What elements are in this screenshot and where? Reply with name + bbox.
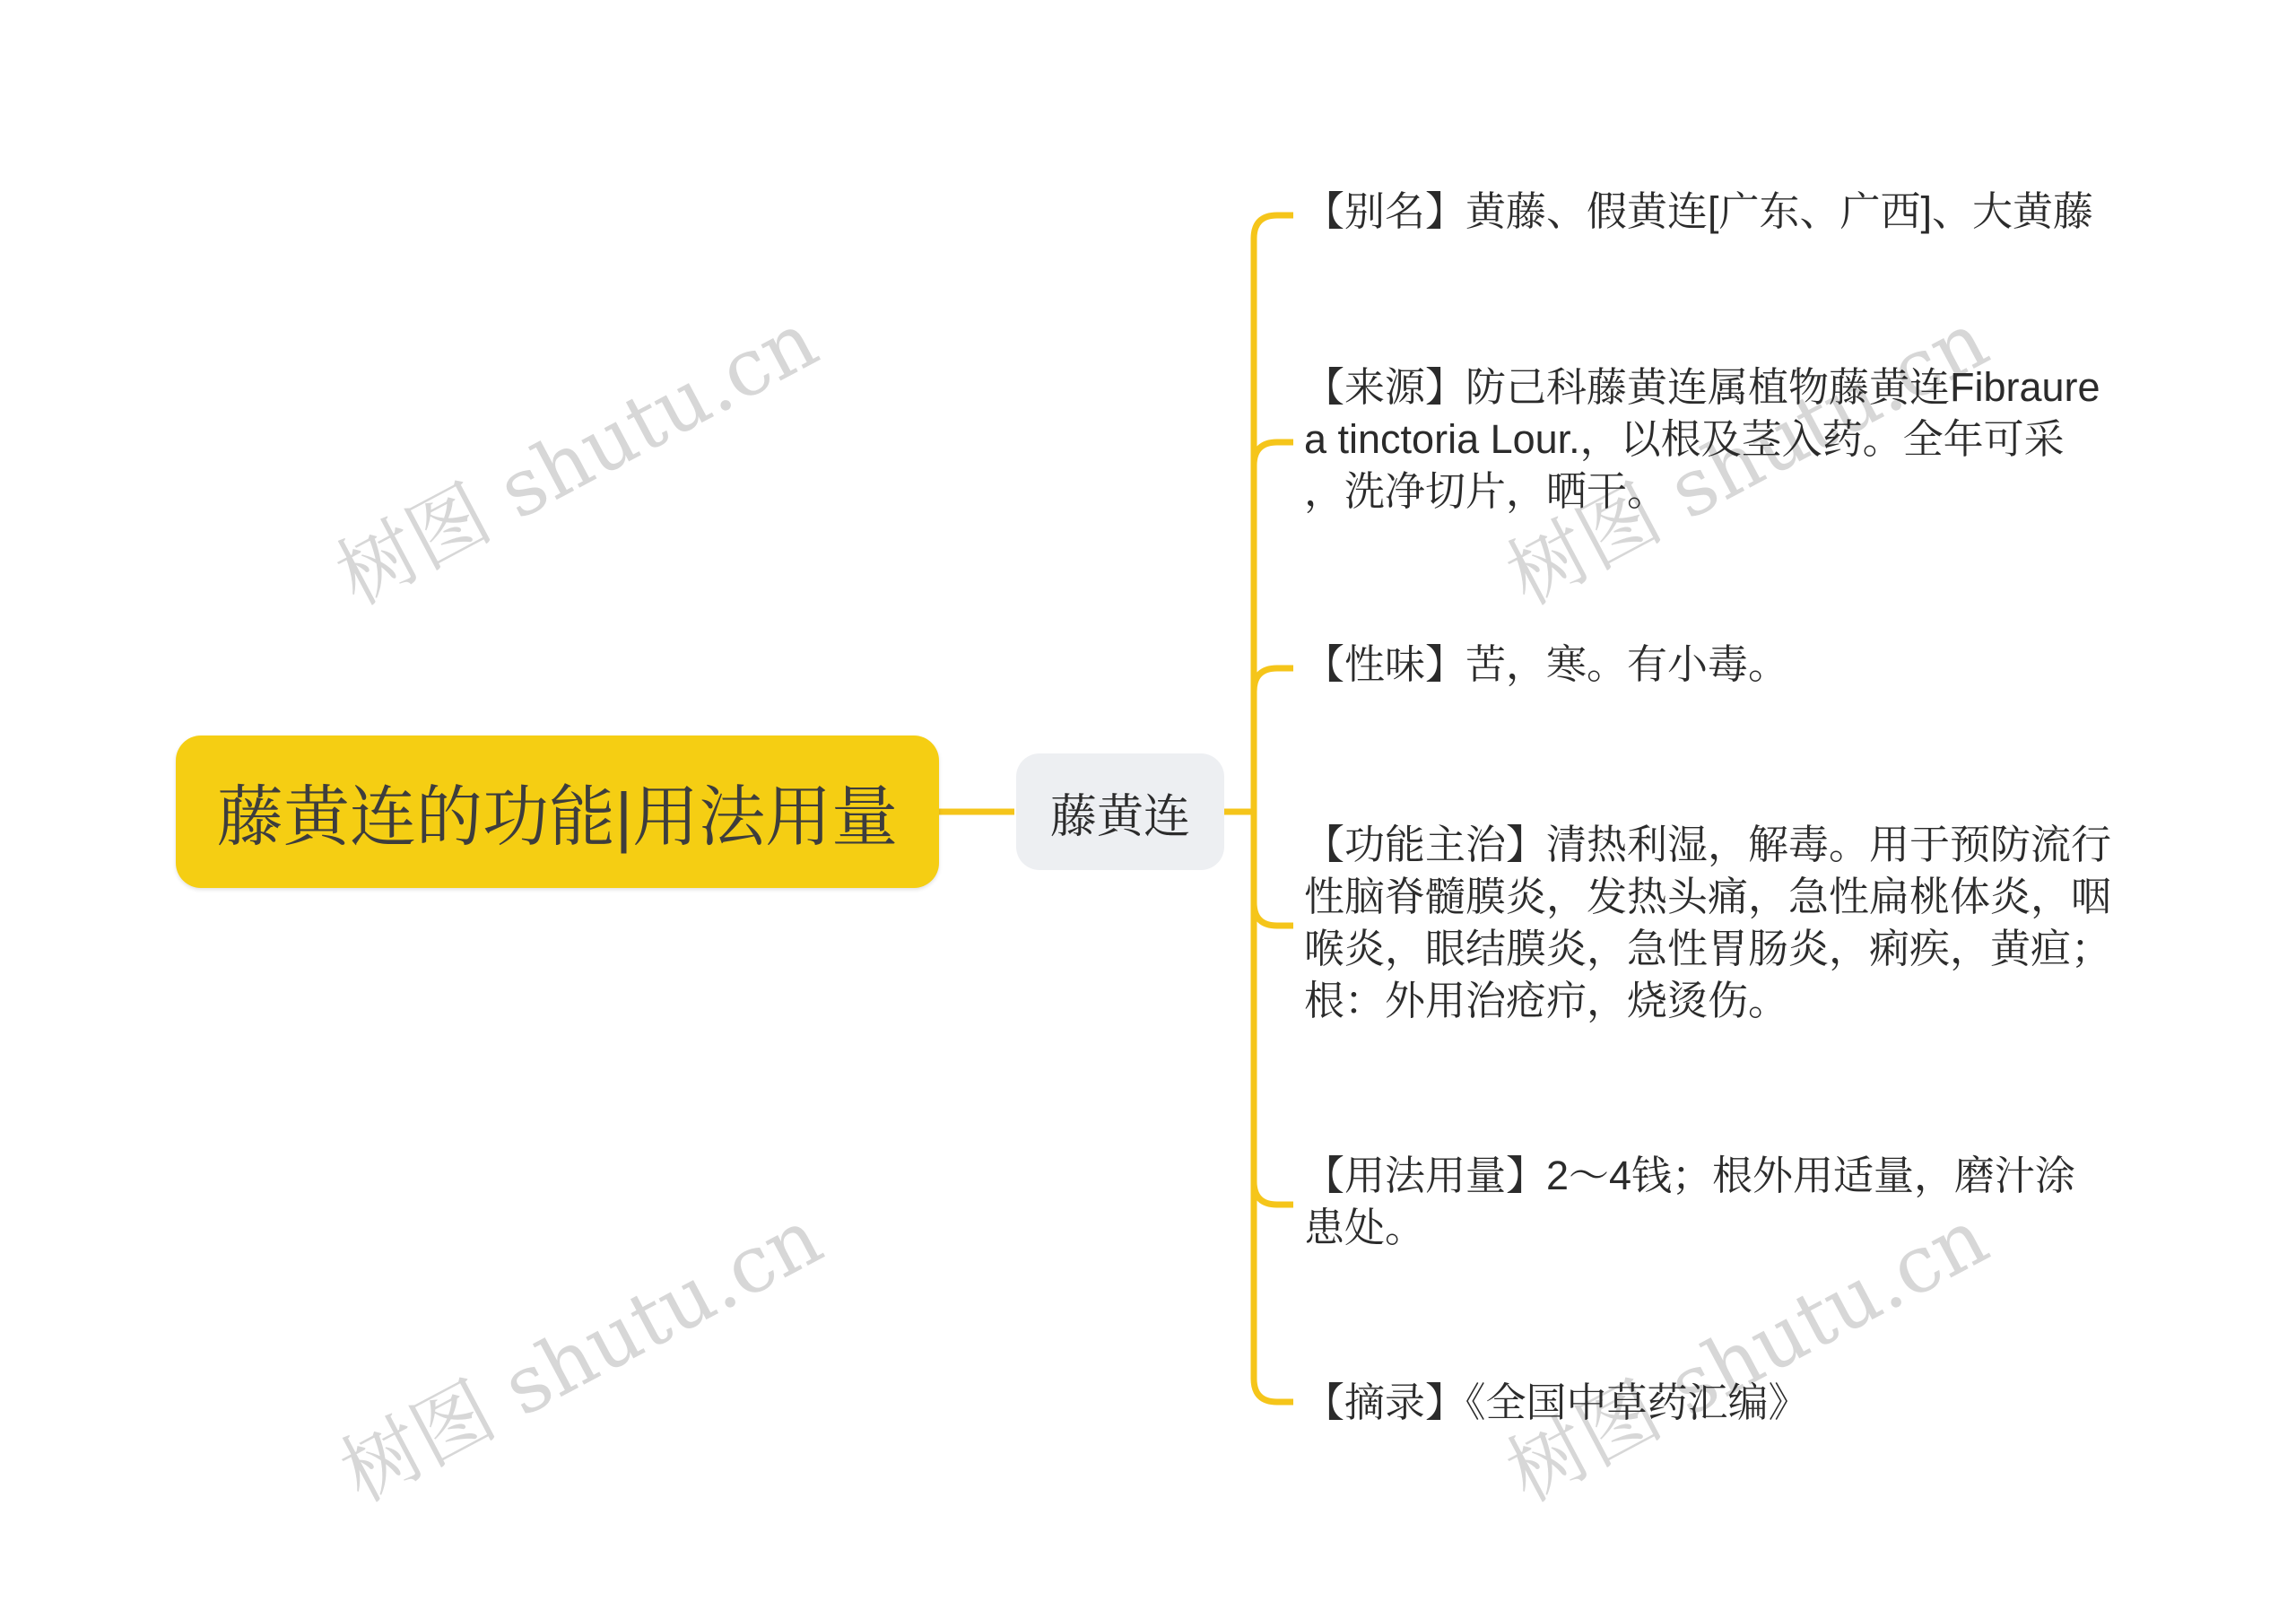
branch-connector-source	[1254, 442, 1293, 466]
branch-indications[interactable]: 【功能主治】清热利湿，解毒。用于预防流行 性脑脊髓膜炎，发热头痛，急性扁桃体炎，…	[1304, 819, 2111, 1027]
title-node[interactable]: 藤黄连的功能|用法用量	[176, 736, 939, 888]
branch-taste[interactable]: 【性味】苦，寒。有小毒。	[1304, 639, 1788, 691]
root-node[interactable]: 藤黄连	[1016, 753, 1224, 870]
branch-connector-taste	[1254, 668, 1293, 692]
branch-alias[interactable]: 【别名】黄藤、假黄连[广东、广西]、大黄藤	[1304, 186, 2093, 238]
trunk-line	[1254, 215, 1293, 1402]
branch-source[interactable]: 【来源】防己科藤黄连属植物藤黄连Fibraure a tinctoria Lou…	[1304, 361, 2100, 518]
mindmap-canvas: 树图 shutu.cn 树图 shutu.cn 树图 shutu.cn 树图 s…	[0, 0, 2296, 1619]
branch-dosage[interactable]: 【用法用量】2～4钱；根外用适量，磨汁涂 患处。	[1304, 1150, 2075, 1254]
branch-connector-indications	[1254, 902, 1293, 926]
branch-connector-dosage	[1254, 1181, 1293, 1205]
branch-excerpt[interactable]: 【摘录】《全国中草药汇编》	[1304, 1377, 1809, 1429]
